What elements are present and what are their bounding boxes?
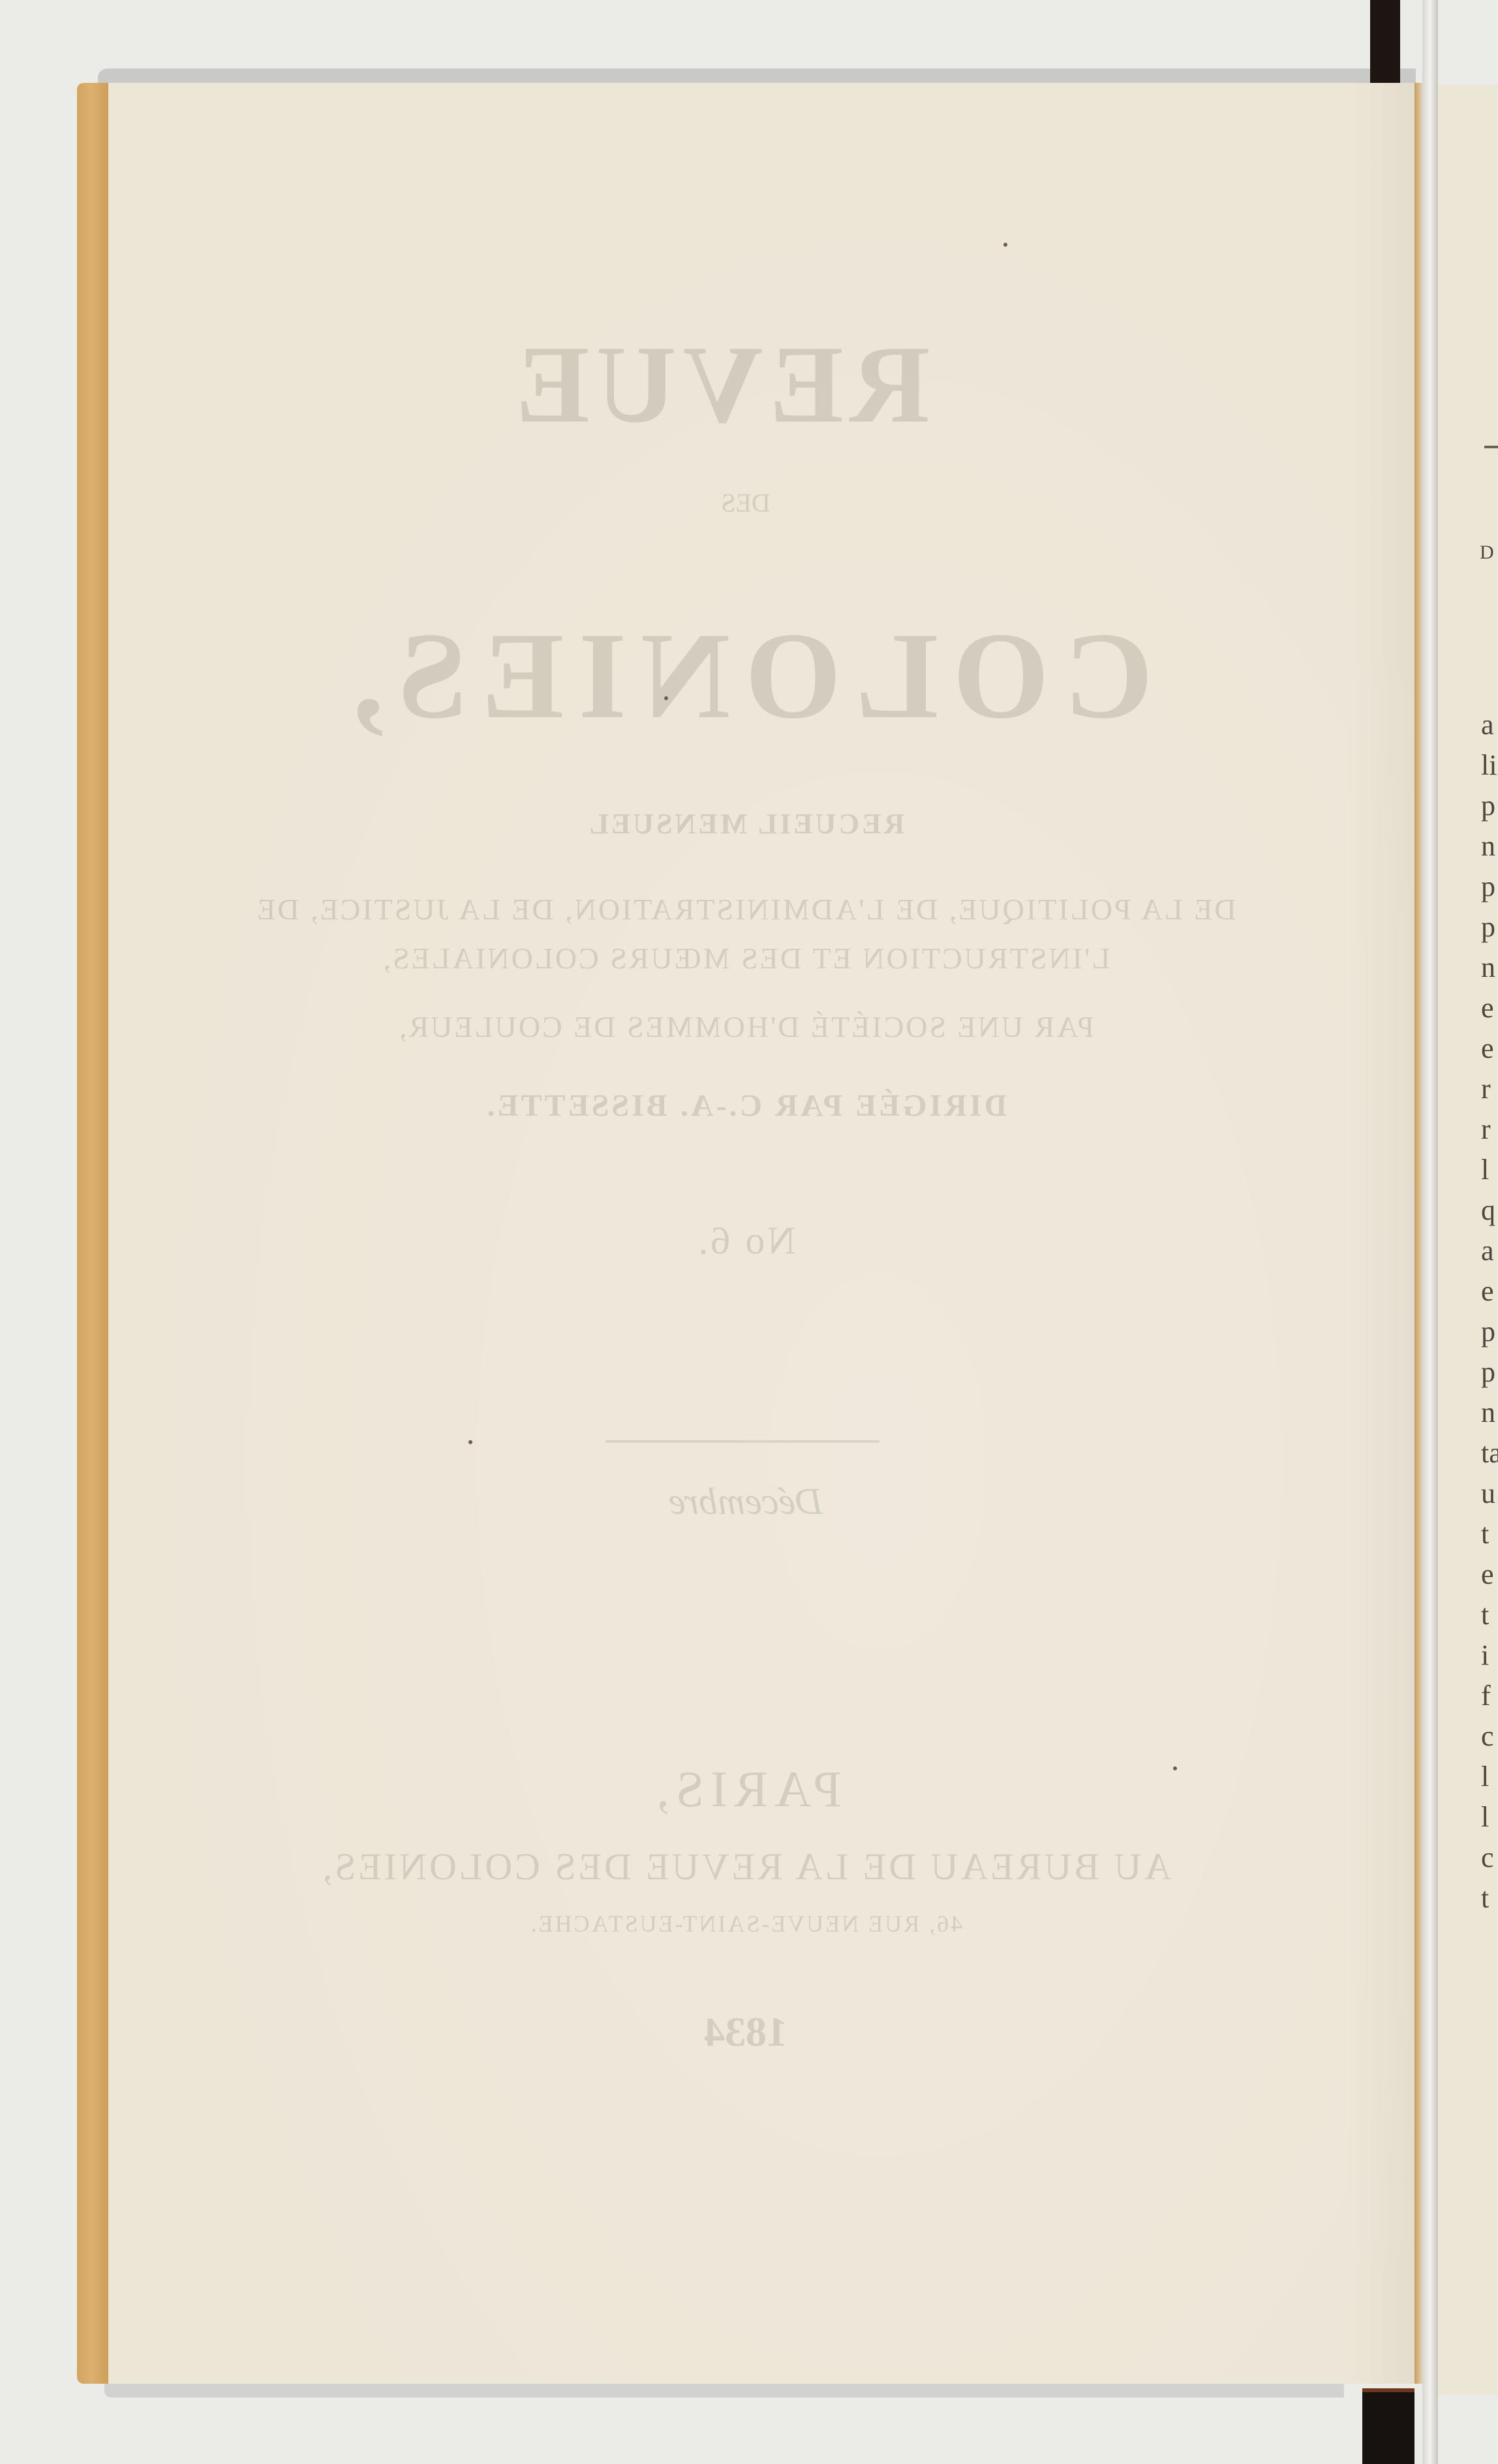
facing-line-initial: e [1481, 1554, 1498, 1595]
showthrough-rule [605, 1440, 879, 1443]
facing-line-initial: l [1481, 1150, 1498, 1190]
facing-line-initial: p [1481, 1352, 1498, 1393]
facing-line-initial: c [1481, 1716, 1498, 1757]
facing-line-initial: p [1481, 1312, 1498, 1352]
facing-line-initial: f [1481, 1676, 1498, 1716]
facing-line-initial: c [1481, 1838, 1498, 1878]
facing-line-initial: n [1481, 826, 1498, 867]
showthrough-publisher: AU BUREAU DE LA REVUE DES COLONIES, [77, 1845, 1414, 1888]
facing-page-header-rule [1484, 446, 1498, 448]
facing-line-initial: q [1481, 1190, 1498, 1231]
showthrough-editor: DIRIGÉE PAR C.-A. BISSETTE. [77, 1088, 1414, 1124]
book-clip-top [1370, 0, 1400, 85]
book-clip-bottom [1362, 2388, 1414, 2464]
showthrough-description-line-1: DE LA POLITIQUE, DE L'ADMINISTRATION, DE… [77, 892, 1414, 927]
book-gutter [1422, 0, 1438, 2464]
facing-line-initial: n [1481, 1393, 1498, 1433]
facing-line-initial: a [1481, 705, 1498, 745]
showthrough-subtitle: RECUEIL MENSUEL [77, 807, 1414, 840]
facing-line-initial: r [1481, 1069, 1498, 1109]
facing-line-initial: t [1481, 1878, 1498, 1918]
facing-line-initial: l [1481, 1797, 1498, 1838]
facing-line-initial: n [1481, 947, 1498, 988]
showthrough-issue-number: No 6. [77, 1218, 1414, 1263]
showthrough-title-revue: REVUE [77, 321, 1414, 448]
facing-line-initial: l [1481, 1757, 1498, 1797]
facing-line-initial: li [1481, 745, 1498, 786]
facing-page-text-column: a li p n p p n e e r r l q a e p p n ta … [1481, 705, 1498, 1918]
facing-line-initial: t [1481, 1514, 1498, 1554]
facing-page-header-letter: D [1480, 542, 1494, 564]
showthrough-description-line-2: L'INSTRUCTION ET DES MŒURS COLONIALES, [77, 941, 1414, 976]
facing-line-initial: e [1481, 1028, 1498, 1069]
facing-line-initial: e [1481, 988, 1498, 1028]
showthrough-title-des: DES [77, 487, 1414, 518]
facing-line-initial: u [1481, 1473, 1498, 1514]
facing-line-initial: r [1481, 1109, 1498, 1150]
facing-line-initial: t [1481, 1595, 1498, 1635]
facing-line-initial: e [1481, 1271, 1498, 1312]
mirrored-show-through: REVUE DES COLONIES, RECUEIL MENSUEL DE L… [77, 83, 1414, 2384]
showthrough-society: PAR UNE SOCIÉTÉ D'HOMMES DE COULEUR, [77, 1009, 1414, 1044]
facing-line-initial: p [1481, 786, 1498, 826]
facing-line-initial: ta [1481, 1433, 1498, 1473]
facing-line-initial: p [1481, 907, 1498, 947]
showthrough-month: Décembre [77, 1479, 1414, 1523]
facing-line-initial: a [1481, 1231, 1498, 1271]
facing-line-initial: i [1481, 1635, 1498, 1676]
showthrough-title-colonies: COLONIES, [77, 605, 1414, 747]
facing-line-initial: p [1481, 867, 1498, 907]
page-gutter-fold [1414, 83, 1422, 2384]
showthrough-address: 46, RUE NEUVE-SAINT-EUSTACHE. [77, 1910, 1414, 1937]
showthrough-year: 1834 [77, 2008, 1414, 2056]
showthrough-city: PARIS, [77, 1760, 1414, 1819]
